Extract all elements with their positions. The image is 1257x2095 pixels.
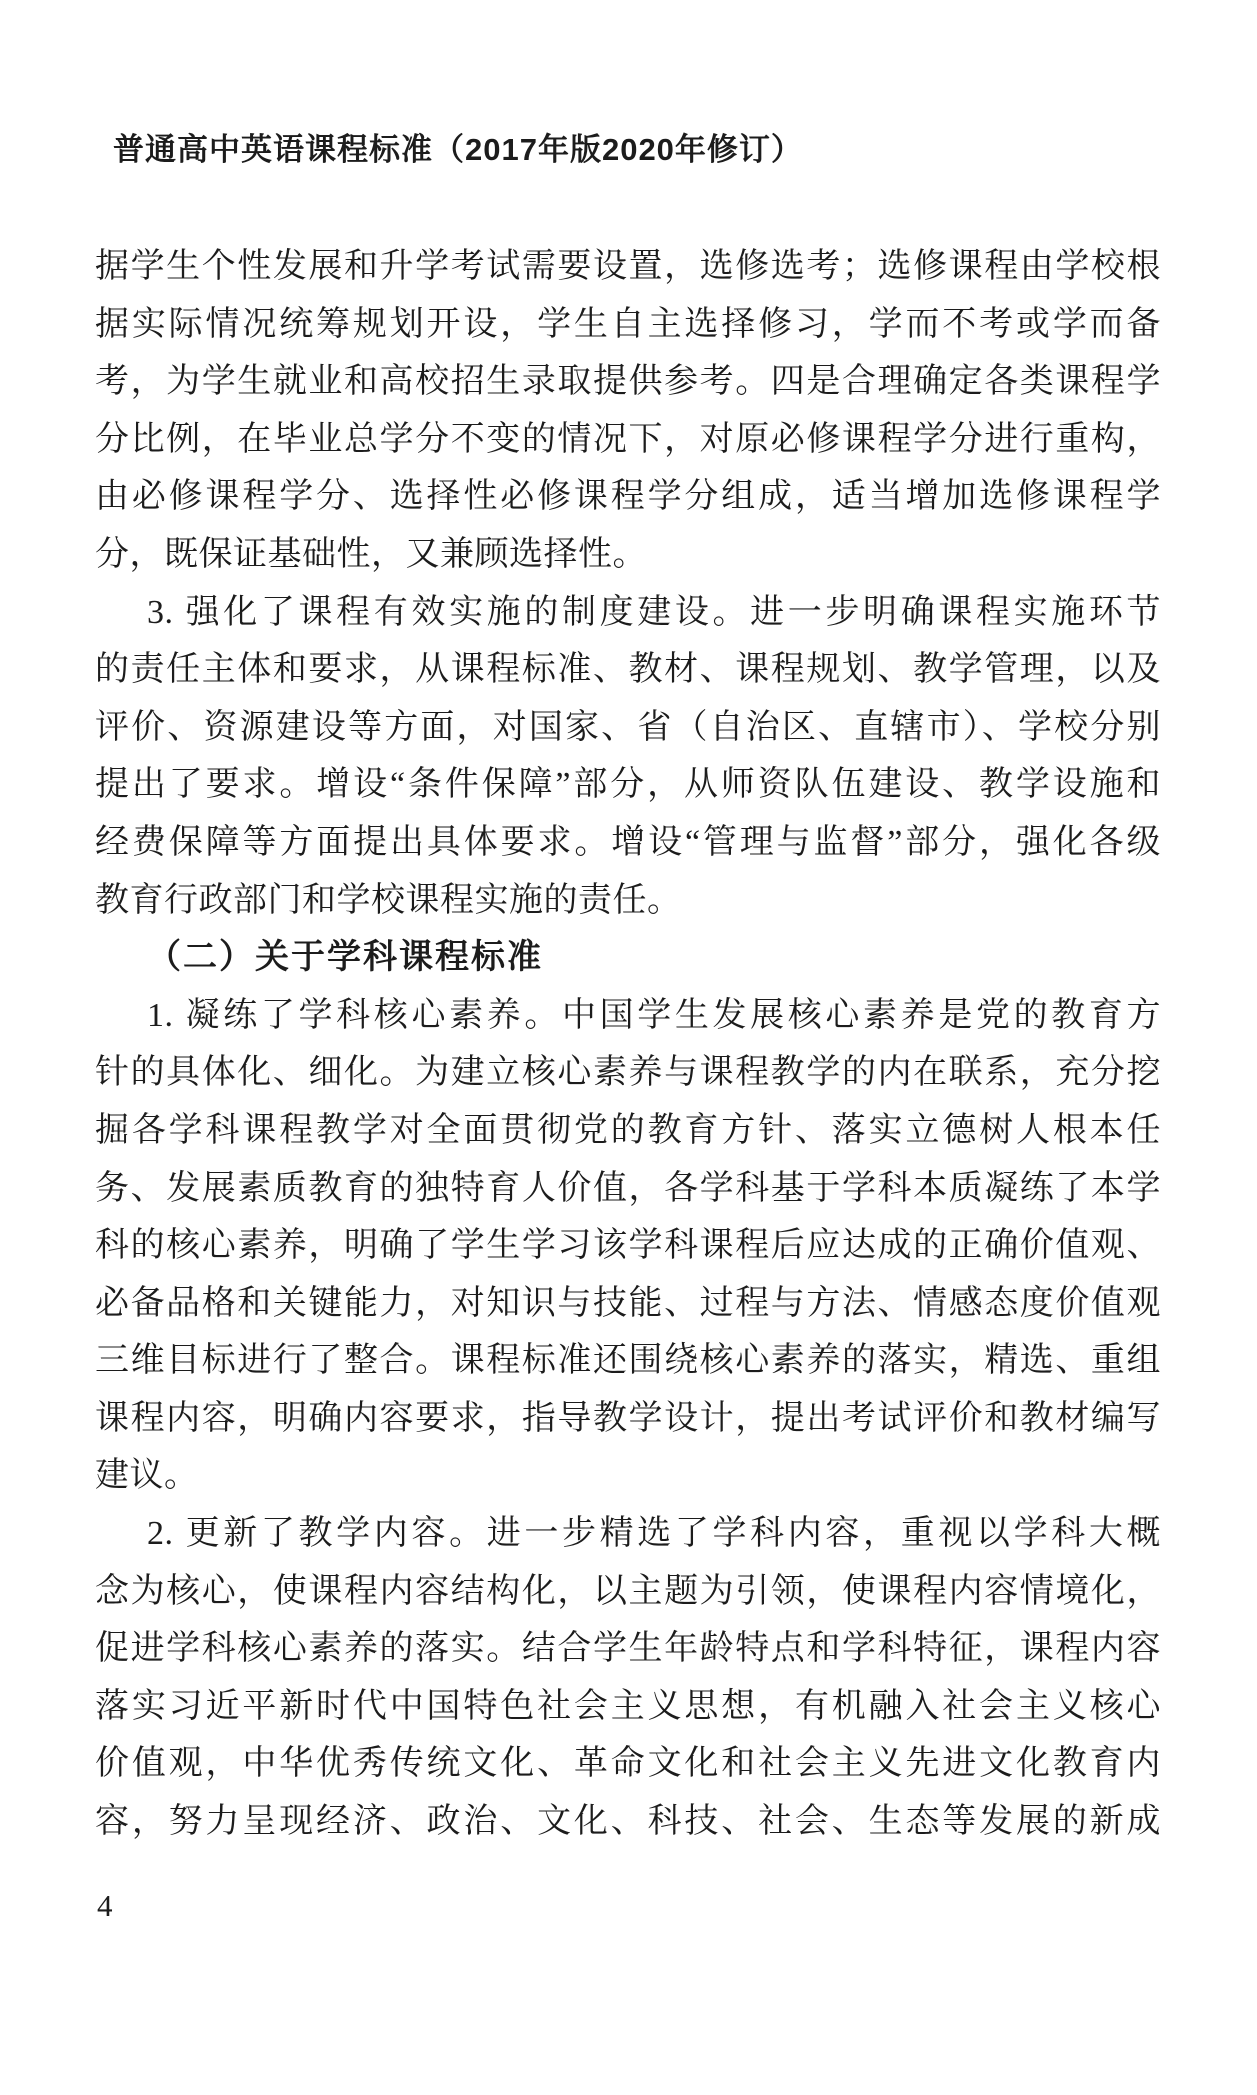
page-number: 4	[97, 1886, 113, 1926]
text-line: 据实际情况统筹规划开设，学生自主选择修习，学而不考或学而备	[95, 296, 1161, 354]
text-line: 考，为学生就业和高校招生录取提供参考。四是合理确定各类课程学	[95, 353, 1161, 411]
text-line: 分，既保证基础性，又兼顾选择性。	[95, 526, 1161, 584]
text-line: 由必修课程学分、选择性必修课程学分组成，适当增加选修课程学	[95, 468, 1161, 526]
text-line: 必备品格和关键能力，对知识与技能、过程与方法、情感态度价值观	[95, 1275, 1161, 1333]
text-line: 针的具体化、细化。为建立核心素养与课程教学的内在联系，充分挖	[95, 1044, 1161, 1102]
text-line: 1. 凝练了学科核心素养。中国学生发展核心素养是党的教育方	[95, 987, 1161, 1045]
section-heading: （二）关于学科课程标准	[95, 929, 1161, 987]
paragraph: 2. 更新了教学内容。进一步精选了学科内容，重视以学科大概 念为核心，使课程内容…	[95, 1505, 1161, 1851]
text-line: 务、发展素质教育的独特育人价值，各学科基于学科本质凝练了本学	[95, 1160, 1161, 1218]
text-line: 的责任主体和要求，从课程标准、教材、课程规划、教学管理，以及	[95, 641, 1161, 699]
document-body: 据学生个性发展和升学考试需要设置，选修选考；选修课程由学校根 据实际情况统筹规划…	[95, 238, 1161, 1851]
section-heading-block: （二）关于学科课程标准	[95, 929, 1161, 987]
text-line: 容，努力呈现经济、政治、文化、科技、社会、生态等发展的新成	[95, 1793, 1161, 1851]
text-line: 经费保障等方面提出具体要求。增设“管理与监督”部分，强化各级	[95, 814, 1161, 872]
text-line: 提出了要求。增设“条件保障”部分，从师资队伍建设、教学设施和	[95, 756, 1161, 814]
text-line: 促进学科核心素养的落实。结合学生年龄特点和学科特征，课程内容	[95, 1620, 1161, 1678]
text-line: 科的核心素养，明确了学生学习该学科课程后应达成的正确价值观、	[95, 1217, 1161, 1275]
document-page: 普通高中英语课程标准（2017年版2020年修订） 据学生个性发展和升学考试需要…	[0, 0, 1257, 2095]
paragraph: 1. 凝练了学科核心素养。中国学生发展核心素养是党的教育方 针的具体化、细化。为…	[95, 987, 1161, 1505]
text-line: 教育行政部门和学校课程实施的责任。	[95, 872, 1161, 930]
text-line: 课程内容，明确内容要求，指导教学设计，提出考试评价和教材编写	[95, 1390, 1161, 1448]
text-line: 建议。	[95, 1447, 1161, 1505]
running-header: 普通高中英语课程标准（2017年版2020年修订）	[113, 124, 803, 169]
text-line: 价值观，中华优秀传统文化、革命文化和社会主义先进文化教育内	[95, 1735, 1161, 1793]
text-line: 2. 更新了教学内容。进一步精选了学科内容，重视以学科大概	[95, 1505, 1161, 1563]
text-line: 据学生个性发展和升学考试需要设置，选修选考；选修课程由学校根	[95, 238, 1161, 296]
text-line: 3. 强化了课程有效实施的制度建设。进一步明确课程实施环节	[95, 584, 1161, 642]
paragraph: 据学生个性发展和升学考试需要设置，选修选考；选修课程由学校根 据实际情况统筹规划…	[95, 238, 1161, 584]
text-line: 分比例，在毕业总学分不变的情况下，对原必修课程学分进行重构，	[95, 411, 1161, 469]
text-line: 念为核心，使课程内容结构化，以主题为引领，使课程内容情境化，	[95, 1563, 1161, 1621]
paragraph: 3. 强化了课程有效实施的制度建设。进一步明确课程实施环节 的责任主体和要求，从…	[95, 584, 1161, 930]
text-line: 落实习近平新时代中国特色社会主义思想，有机融入社会主义核心	[95, 1678, 1161, 1736]
text-line: 掘各学科课程教学对全面贯彻党的教育方针、落实立德树人根本任	[95, 1102, 1161, 1160]
text-line: 评价、资源建设等方面，对国家、省（自治区、直辖市）、学校分别	[95, 699, 1161, 757]
text-line: 三维目标进行了整合。课程标准还围绕核心素养的落实，精选、重组	[95, 1332, 1161, 1390]
